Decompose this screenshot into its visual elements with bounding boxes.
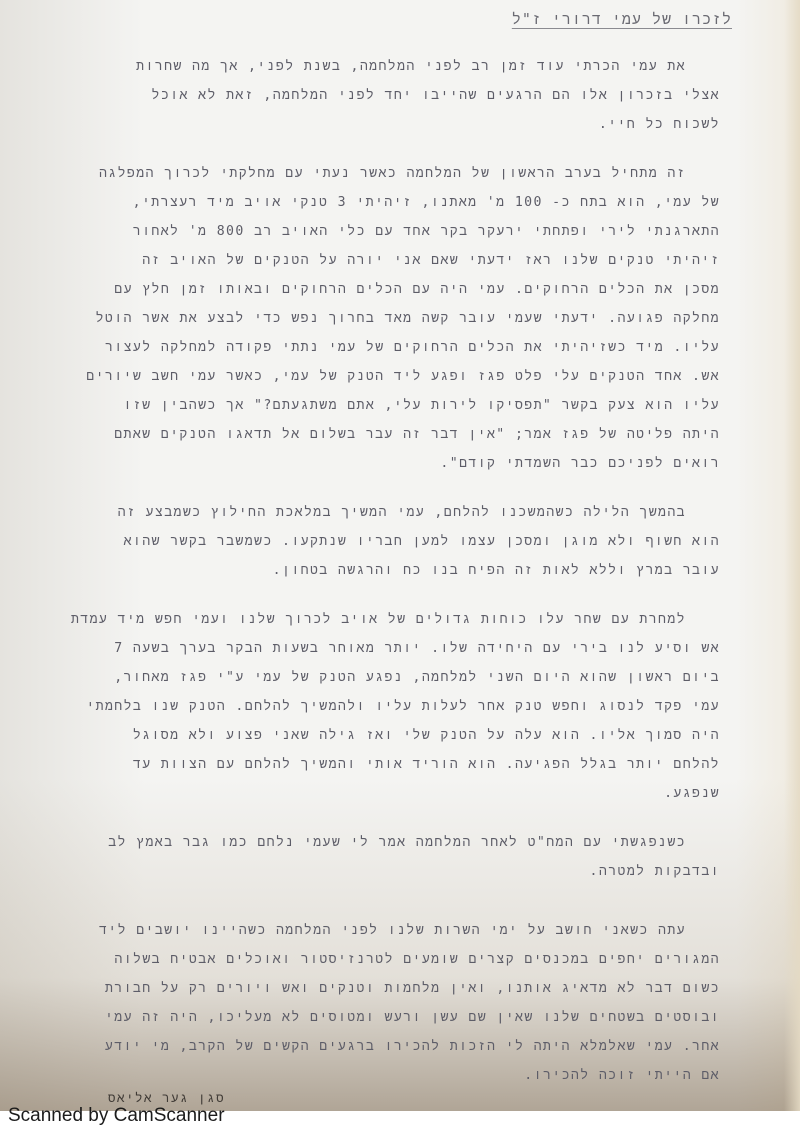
text-line: כשנפגשתי עם המח"ט לאחר המלחמה אמר לי שעמ…: [36, 828, 760, 857]
text-line: אש. אחד הטנקים עלי פלט פגז ופגע ליד הטנק…: [36, 362, 760, 391]
text-line: אם הייתי זוכה להכירו.: [36, 1061, 760, 1090]
paragraph: בהמשך הלילה כשהמשכנו להלחם, עמי המשיך במ…: [36, 498, 760, 585]
text-line: לשכוח כל חיי.: [36, 110, 760, 139]
text-line: היה סמוך אליו. הוא עלה על הטנק שלי ואז ג…: [36, 721, 760, 750]
paragraph: זה מתחיל בערב הראשון של המלחמה כאשר נעתי…: [36, 159, 760, 478]
text-line: המגורים יחפים במכנסים קצרים שומעים לטרנז…: [36, 945, 760, 974]
text-line: ובוסטים בשטחים שלנו שאין שם עשן ורעש ומט…: [36, 1003, 760, 1032]
paragraph: את עמי הכרתי עוד זמן רב לפני המלחמה, בשנ…: [36, 52, 760, 139]
text-line: התארגנתי לירי ופתחתי ירעקר בקר אחד עם כל…: [36, 217, 760, 246]
text-line: עליו. מיד כשזיהיתי את הכלים הרחוקים של ע…: [36, 333, 760, 362]
text-line: עמי פקד לנסוג וחפש טנק אחר לעלות עליו ול…: [36, 692, 760, 721]
text-line: להלחם יותר בגלל הפגיעה. הוא הוריד אותי ו…: [36, 750, 760, 779]
scanned-page: לזכרו של עמי דרורי ז"ל את עמי הכרתי עוד …: [0, 0, 800, 1111]
text-line: עובר במרץ וללא לאות זה הפיח בנו כח והרגש…: [36, 556, 760, 585]
scanner-watermark: Scanned by CamScanner: [8, 1106, 225, 1125]
paragraph: כשנפגשתי עם המח"ט לאחר המלחמה אמר לי שעמ…: [36, 828, 760, 886]
text-line: הוא חשוף ולא מוגן ומסכן עצמו למען חבריו …: [36, 527, 760, 556]
paragraph: עתה כשאני חושב על ימי השרות שלנו לפני המ…: [36, 916, 760, 1090]
text-line: רואים לפניכם כבר השמדתי קודם".: [36, 449, 760, 478]
text-line: אחר. עמי שאלמלא היתה לי הזכות להכירו ברג…: [36, 1032, 760, 1061]
text-line: בהמשך הלילה כשהמשכנו להלחם, עמי המשיך במ…: [36, 498, 760, 527]
text-line: אש וסיע לנו בירי עם היחידה שלו. יותר מאו…: [36, 634, 760, 663]
signature: סגן גער אליאס: [108, 1090, 225, 1106]
text-line: את עמי הכרתי עוד זמן רב לפני המלחמה, בשנ…: [36, 52, 760, 81]
document-title: לזכרו של עמי דרורי ז"ל: [512, 10, 732, 29]
document-body: את עמי הכרתי עוד זמן רב לפני המלחמה, בשנ…: [36, 52, 760, 1110]
text-line: למחרת עם שחר עלו כוחות גדולים של אויב לכ…: [36, 605, 760, 634]
text-line: עתה כשאני חושב על ימי השרות שלנו לפני המ…: [36, 916, 760, 945]
text-line: אצלי בזכרון אלו הם הרגעים שהייבו יחד לפנ…: [36, 81, 760, 110]
text-line: ביום ראשון שהוא היום השני למלחמה, נפגע ה…: [36, 663, 760, 692]
text-line: היתה פליטה של פגז אמר; "אין דבר זה עבר ב…: [36, 420, 760, 449]
text-line: עליו הוא צעק בקשר "תפסיקו לירות עלי, אתם…: [36, 391, 760, 420]
text-line: זיהיתי טנקים שלנו ראז ידעתי שאם אני יורה…: [36, 246, 760, 275]
text-line: של עמי, הוא בתח כ- 100 מ' מאתנו, זיהיתי …: [36, 188, 760, 217]
text-line: מסכן את הכלים הרחוקים. עמי היה עם הכלים …: [36, 275, 760, 304]
text-line: ובדבקות למטרה.: [36, 857, 760, 886]
text-line: זה מתחיל בערב הראשון של המלחמה כאשר נעתי…: [36, 159, 760, 188]
text-line: כשום דבר לא מדאיג אותנו, ואין מלחמות וטנ…: [36, 974, 760, 1003]
paragraph: למחרת עם שחר עלו כוחות גדולים של אויב לכ…: [36, 605, 760, 808]
text-line: מחלקה פגועה. ידעתי שעמי עובר קשה מאד בחר…: [36, 304, 760, 333]
text-line: שנפגע.: [36, 779, 760, 808]
